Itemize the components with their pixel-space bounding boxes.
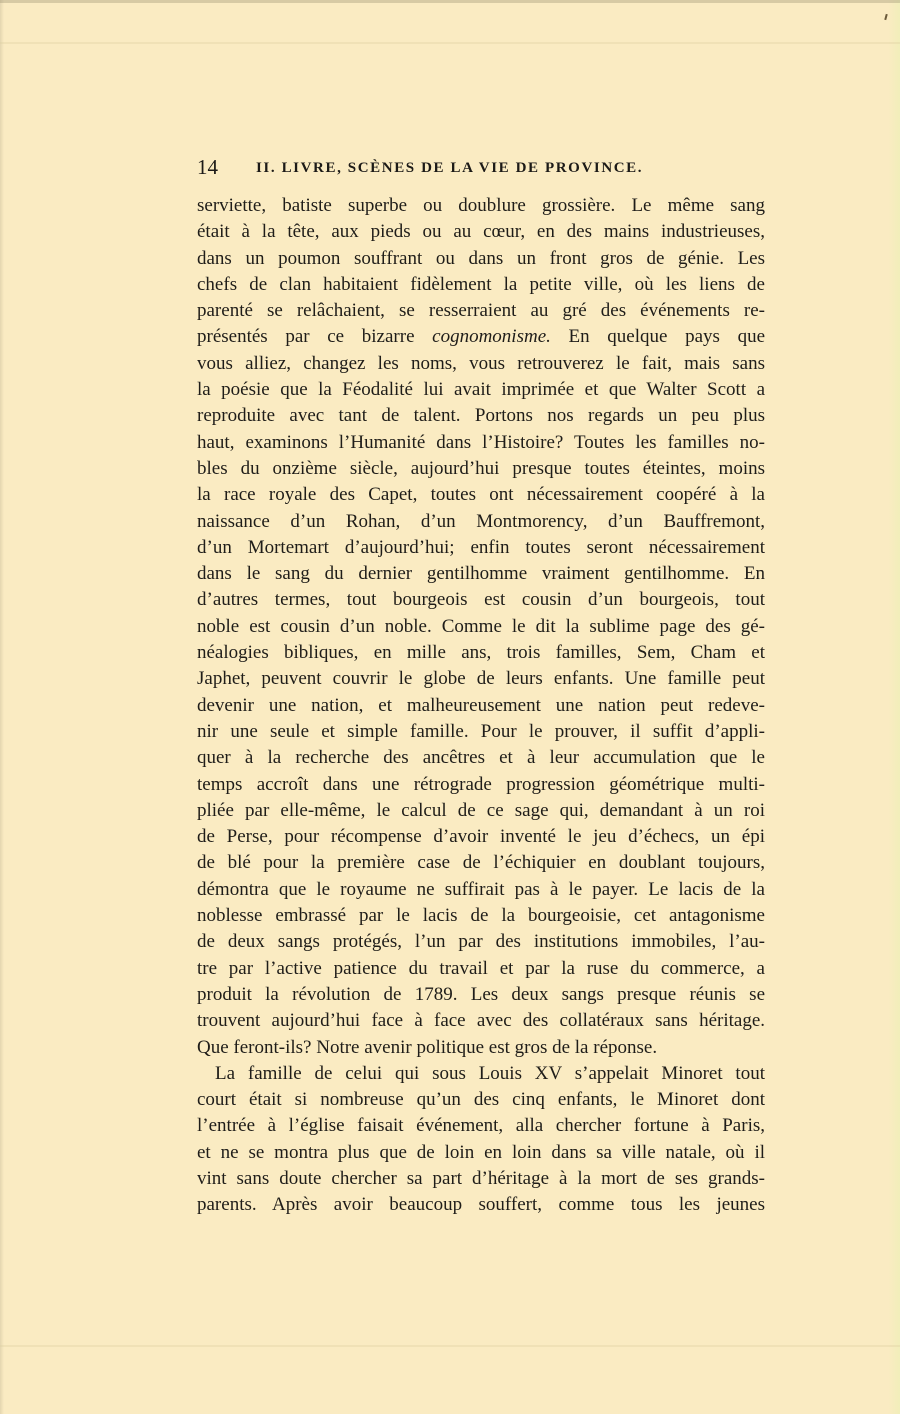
scan-edge-shadow xyxy=(0,0,900,3)
body-text: serviette, batiste superbe ou doublure g… xyxy=(197,193,765,1219)
running-head-title: II. LIVRE, SCÈNES DE LA VIE DE PROVINCE. xyxy=(256,157,643,179)
text-line: pliée par elle-même, le calcul de ce sag… xyxy=(197,798,765,824)
text-line: quer à la recherche des ancêtres et à le… xyxy=(197,745,765,771)
text-line: serviette, batiste superbe ou doublure g… xyxy=(197,193,765,219)
text-fragment: présentés par ce bizarre xyxy=(197,326,432,347)
text-line: vous alliez, changez les noms, vous retr… xyxy=(197,351,765,377)
text-line: de Perse, pour récompense d’avoir invent… xyxy=(197,824,765,850)
paper-crease xyxy=(0,1345,900,1347)
text-line: Japhet, peuvent couvrir le globe de leur… xyxy=(197,666,765,692)
text-line: était à la tête, aux pieds ou au cœur, e… xyxy=(197,219,765,245)
text-line: parents. Après avoir beaucoup souffert, … xyxy=(197,1192,765,1218)
text-line: tre par l’active patience du travail et … xyxy=(197,956,765,982)
book-page: 14 II. LIVRE, SCÈNES DE LA VIE DE PROVIN… xyxy=(0,0,900,1414)
text-line: néalogies bibliques, en mille ans, trois… xyxy=(197,640,765,666)
text-line: de blé pour la première case de l’échiqu… xyxy=(197,850,765,876)
text-line: démontra que le royaume ne suffirait pas… xyxy=(197,877,765,903)
ink-speck xyxy=(884,14,887,20)
text-line: naissance d’un Rohan, d’un Montmorency, … xyxy=(197,509,765,535)
text-line: Que feront-ils? Notre avenir politique e… xyxy=(197,1035,765,1061)
text-line: produit la révolution de 1789. Les deux … xyxy=(197,982,765,1008)
text-line: la poésie que la Féodalité lui avait imp… xyxy=(197,377,765,403)
text-line: bles du onzième siècle, aujourd’hui pres… xyxy=(197,456,765,482)
text-line: dans le sang du dernier gentilhomme vrai… xyxy=(197,561,765,587)
text-line: dans un poumon souffrant ou dans un fron… xyxy=(197,246,765,272)
text-line: devenir une nation, et malheureusement u… xyxy=(197,693,765,719)
running-head: 14 II. LIVRE, SCÈNES DE LA VIE DE PROVIN… xyxy=(197,154,769,180)
text-line: et ne se montra plus que de loin en loin… xyxy=(197,1140,765,1166)
text-fragment: En quelque pays que xyxy=(551,326,765,347)
paper-crease xyxy=(0,42,900,44)
text-line: noble est cousin d’un noble. Comme le di… xyxy=(197,614,765,640)
italic-term: cognomonisme. xyxy=(432,326,551,347)
text-line: court était si nombreuse qu’un des cinq … xyxy=(197,1087,765,1113)
text-line-with-italic: présentés par ce bizarre cognomonisme. E… xyxy=(197,324,765,350)
text-line: reproduite avec tant de talent. Portons … xyxy=(197,403,765,429)
text-line: noblesse embrassé par le lacis de la bou… xyxy=(197,903,765,929)
text-line: temps accroît dans une rétrograde progre… xyxy=(197,772,765,798)
text-line: parenté se relâchaient, se resserraient … xyxy=(197,298,765,324)
text-line: de deux sangs protégés, l’un par des ins… xyxy=(197,929,765,955)
text-line: d’un Mortemart d’aujourd’hui; enfin tout… xyxy=(197,535,765,561)
text-line: trouvent aujourd’hui face à face avec de… xyxy=(197,1008,765,1034)
text-line-paragraph-start: La famille de celui qui sous Louis XV s’… xyxy=(197,1061,765,1087)
text-line: haut, examinons l’Humanité dans l’Histoi… xyxy=(197,430,765,456)
text-line: l’entrée à l’église faisait événement, a… xyxy=(197,1113,765,1139)
text-line: la race royale des Capet, toutes ont néc… xyxy=(197,482,765,508)
page-number: 14 xyxy=(197,154,218,180)
text-line: vint sans doute chercher sa part d’hérit… xyxy=(197,1166,765,1192)
text-line: d’autres termes, tout bourgeois est cous… xyxy=(197,587,765,613)
text-line: nir une seule et simple famille. Pour le… xyxy=(197,719,765,745)
text-line: chefs de clan habitaient fidèlement la p… xyxy=(197,272,765,298)
